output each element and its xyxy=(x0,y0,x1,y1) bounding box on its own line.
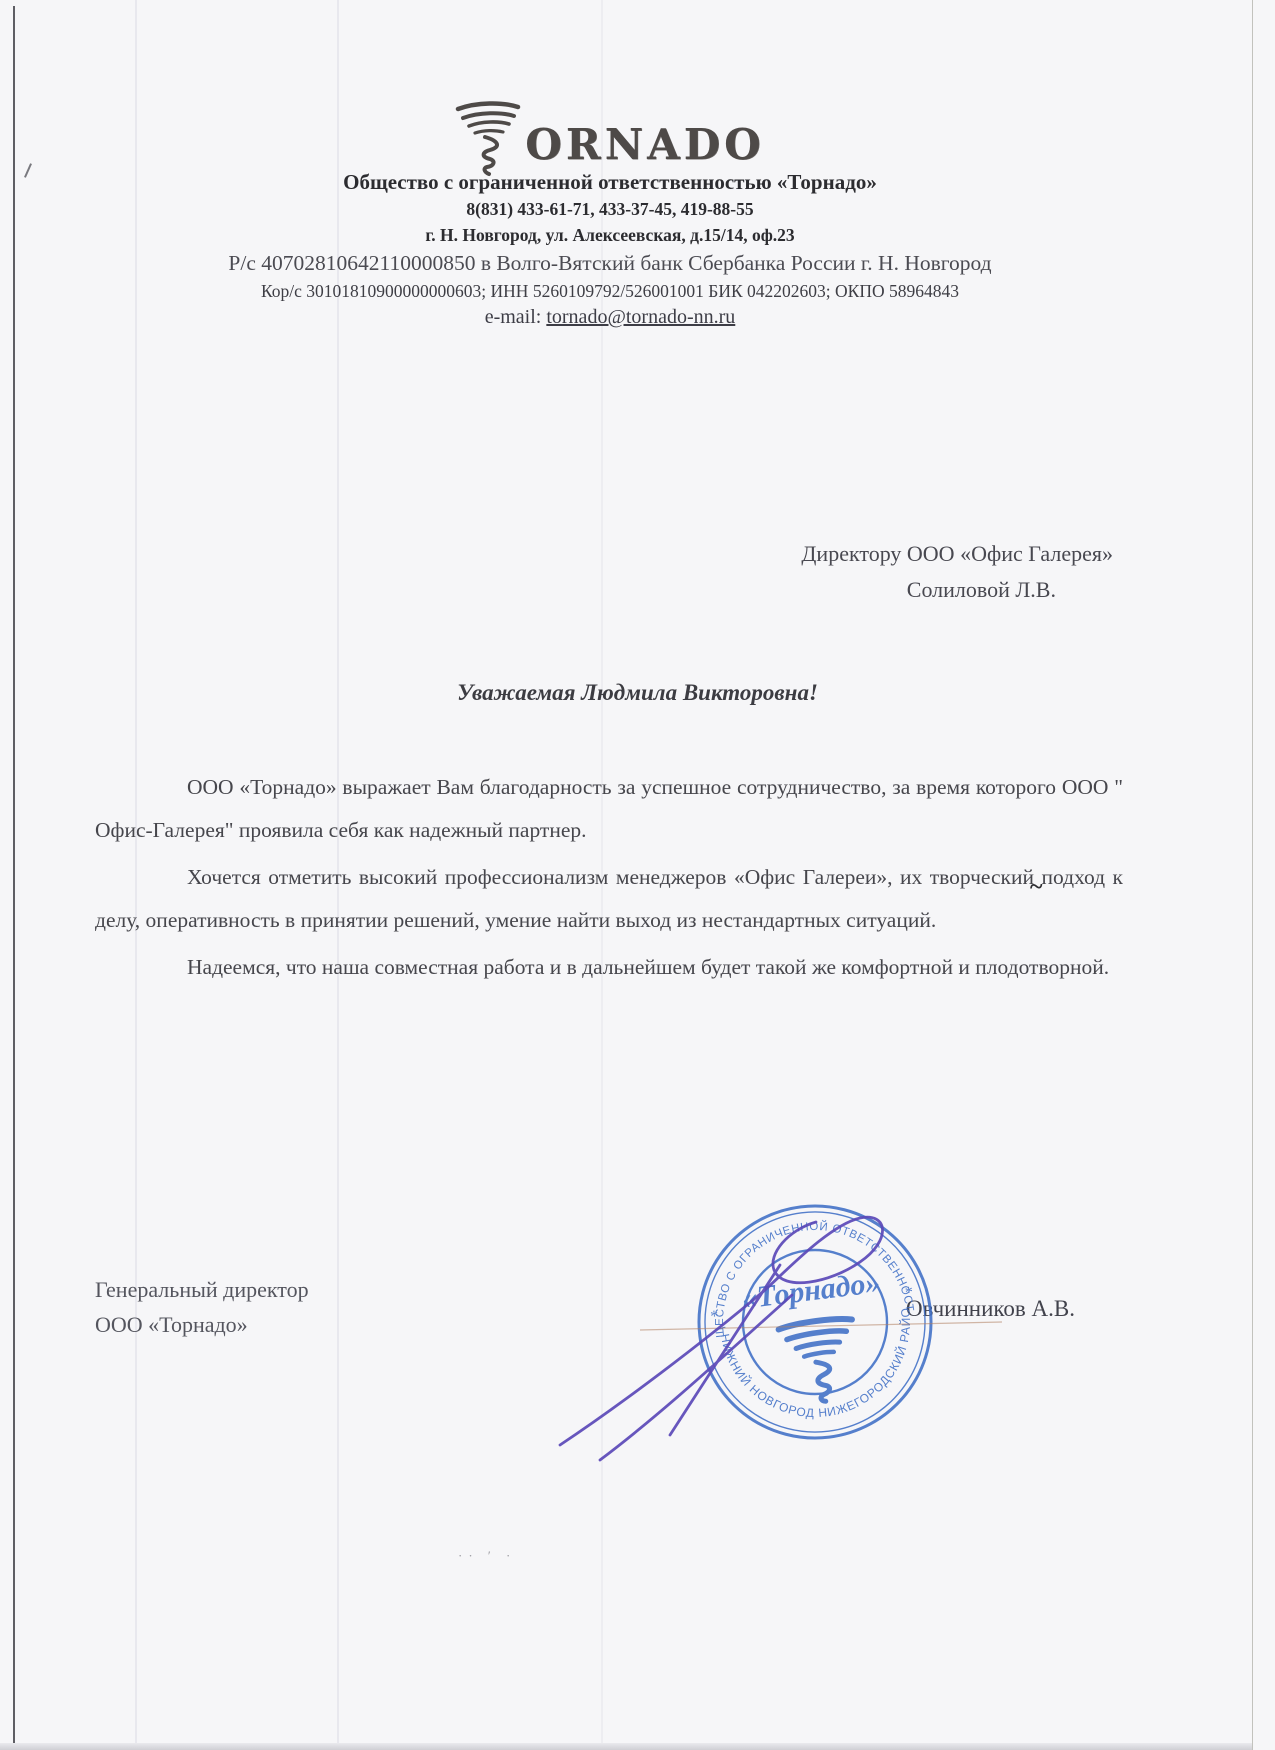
handwritten-signature xyxy=(530,1170,1010,1480)
bank-account-line: Р/с 40702810642110000850 в Волго-Вятский… xyxy=(95,251,1125,276)
company-address: г. Н. Новгород, ул. Алексеевская, д.15/1… xyxy=(95,225,1125,246)
company-phones: 8(831) 433-61-71, 433-37-45, 419-88-55 xyxy=(95,199,1125,220)
tornado-logo: ORNADO xyxy=(95,98,1125,178)
email-address: tornado@tornado-nn.ru xyxy=(546,306,735,328)
signer-position-line2: ООО «Торнадо» xyxy=(95,1307,309,1342)
company-requisites: Кор/с 30101810900000000603; ИНН 52601097… xyxy=(95,281,1125,302)
logo-wordmark: ORNADO xyxy=(525,124,764,166)
company-name: Общество с ограниченной ответственностью… xyxy=(95,170,1125,195)
email-label: e-mail: xyxy=(485,306,547,328)
paragraph: Хочется отметить высокий профессионализм… xyxy=(95,856,1123,942)
signer-position: Генеральный директор ООО «Торнадо» xyxy=(95,1272,309,1342)
paragraph: ООО «Торнадо» выражает Вам благодарность… xyxy=(95,766,1123,852)
addressee-title: Директору ООО «Офис Галерея» xyxy=(500,536,1113,572)
scan-edge-left xyxy=(13,6,15,1744)
paragraph: Надеемся, что наша совместная работа и в… xyxy=(95,946,1123,989)
pen-underline xyxy=(640,1322,1002,1330)
signer-position-line1: Генеральный директор xyxy=(95,1272,309,1307)
addressee-name: Солиловой Л.В. xyxy=(500,572,1113,608)
company-email-line: e-mail: tornado@tornado-nn.ru xyxy=(95,306,1125,329)
tornado-t-icon xyxy=(455,100,523,178)
salutation: Уважаемая Людмила Викторовна! xyxy=(0,680,1275,706)
scan-edge-right xyxy=(1252,0,1275,1750)
letter-body: ООО «Торнадо» выражает Вам благодарность… xyxy=(95,766,1123,993)
scanned-letter-page: { "logo": { "visible_text": "ORNADO", "c… xyxy=(0,0,1275,1750)
pen-mark xyxy=(24,163,32,178)
addressee-block: Директору ООО «Офис Галерея» Солиловой Л… xyxy=(500,536,1113,608)
